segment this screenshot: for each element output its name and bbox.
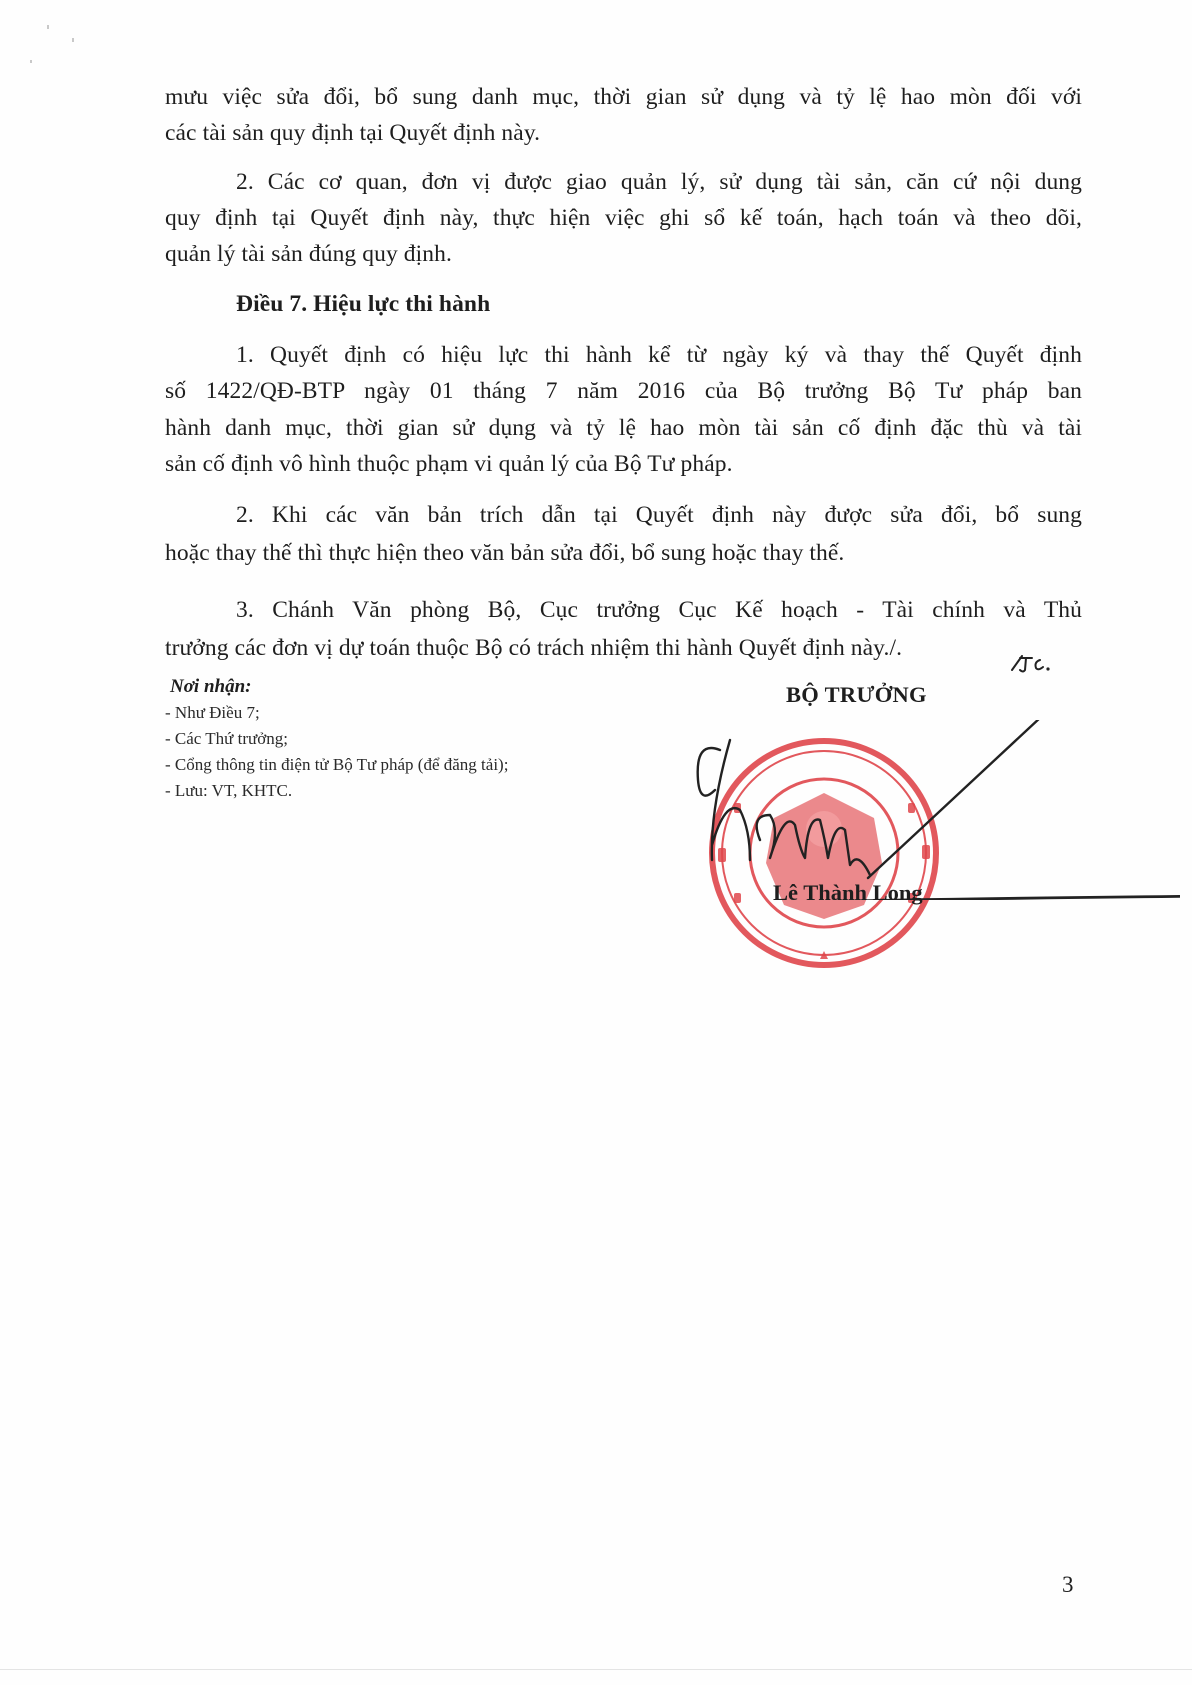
body-line: hành danh mục, thời gian sử dụng và tỷ l… xyxy=(165,413,1082,443)
recipient-item: - Như Điều 7; xyxy=(165,702,260,724)
body-line: các tài sản quy định tại Quyết định này. xyxy=(165,118,1082,148)
signer-position-title: BỘ TRƯỞNG xyxy=(786,682,927,708)
scan-speck xyxy=(72,38,74,42)
recipient-item: - Cổng thông tin điện tử Bộ Tư pháp (để … xyxy=(165,754,508,776)
body-line: quy định tại Quyết định này, thực hiện v… xyxy=(165,203,1082,233)
body-line: trưởng các đơn vị dự toán thuộc Bộ có tr… xyxy=(165,633,1082,663)
recipients-title: Nơi nhận: xyxy=(170,676,251,698)
body-line: 2. Các cơ quan, đơn vị được giao quản lý… xyxy=(236,167,1082,197)
recipient-item: - Lưu: VT, KHTC. xyxy=(165,780,292,802)
handwritten-signature-icon xyxy=(600,720,1180,900)
body-line: 3. Chánh Văn phòng Bộ, Cục trưởng Cục Kế… xyxy=(236,595,1082,625)
page-edge-rule xyxy=(0,1669,1192,1670)
page-number: 3 xyxy=(1062,1572,1074,1598)
body-line: số 1422/QĐ-BTP ngày 01 tháng 7 năm 2016 … xyxy=(165,376,1082,406)
article-heading: Điều 7. Hiệu lực thi hành xyxy=(236,289,1082,319)
signer-name: Lê Thành Long xyxy=(773,880,923,906)
body-line: sản cố định vô hình thuộc phạm vi quản l… xyxy=(165,449,1082,479)
recipient-item: - Các Thứ trưởng; xyxy=(165,728,288,750)
scan-speck xyxy=(47,25,49,29)
body-line: hoặc thay thế thì thực hiện theo văn bản… xyxy=(165,538,1082,568)
initials-mark-icon xyxy=(1010,650,1052,674)
document-page: mưu việc sửa đổi, bổ sung danh mục, thời… xyxy=(0,0,1192,1685)
body-line: 1. Quyết định có hiệu lực thi hành kể từ… xyxy=(236,340,1082,370)
body-line: quản lý tài sản đúng quy định. xyxy=(165,239,1082,269)
body-line: mưu việc sửa đổi, bổ sung danh mục, thời… xyxy=(165,82,1082,112)
scan-speck xyxy=(30,60,32,63)
body-line: 2. Khi các văn bản trích dẫn tại Quyết đ… xyxy=(236,500,1082,530)
